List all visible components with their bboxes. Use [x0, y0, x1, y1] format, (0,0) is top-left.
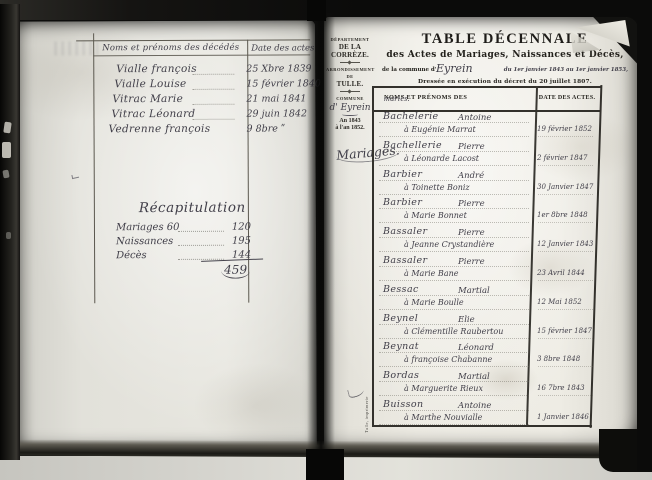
table-row: Bessac Martial à Marie Boulle 12 Mai 185… — [372, 283, 602, 311]
printer-credit: Tulle, imprimerie — [364, 369, 369, 433]
firstname: Léonard — [458, 343, 494, 353]
dotted-rule — [538, 366, 593, 367]
dotted-rule — [379, 381, 529, 382]
dotted-rule — [538, 395, 593, 396]
dotted-rule — [379, 410, 529, 411]
spouse: à Marguerite Rieux — [404, 384, 483, 393]
dotted-rule — [538, 251, 593, 252]
dotted-rule — [379, 180, 529, 181]
ink-bleed-smudge — [54, 41, 98, 55]
dotted-rule — [538, 309, 593, 310]
dotted-rule — [538, 222, 593, 223]
dotted-rule — [538, 165, 593, 166]
dotted-rule — [379, 222, 529, 223]
decennial-table: NOMS ET PRÉNOMS DES mariés. DATE DES ACT… — [372, 86, 604, 427]
dotted-rule — [379, 424, 529, 425]
dotted-rule — [538, 194, 593, 195]
firstname: André — [458, 171, 484, 181]
recap-label: Naissances — [116, 236, 173, 247]
recap-label: Mariages 60 — [116, 222, 180, 233]
table-row: Bachellerie Pierre à Léonarde Lacost 2 f… — [372, 139, 602, 167]
dotted-rule — [379, 338, 529, 339]
surname: Bessac — [383, 284, 419, 295]
decree-line: Dressée en exécution du décret du 20 jui… — [380, 79, 630, 85]
dotted-rule — [379, 122, 529, 123]
deceased-name: Vedrenne françois — [109, 123, 211, 135]
left-page: Noms et prénoms des décédés Date des act… — [14, 20, 317, 448]
recap-value: 120 — [232, 222, 251, 233]
deceased-name: Vitrac Marie — [112, 93, 183, 105]
right-page: DÉPARTEMENT DE LA CORRÈZE. ARRONDISSEMEN… — [324, 17, 638, 449]
act-date: 2 février 1847 — [537, 154, 597, 162]
firstname: Pierre — [458, 228, 485, 238]
scan-right-border — [637, 0, 652, 471]
act-date: 1 Janvier 1846 — [537, 413, 597, 421]
dotted-rule — [379, 194, 529, 195]
firstname: Antoine — [458, 113, 491, 123]
book-gutter — [307, 13, 335, 449]
firstname: Elie — [458, 315, 475, 325]
act-date: 25 Xbre 1839 — [246, 63, 311, 74]
table-row: Bordas Martial à Marguerite Rieux 16 7br… — [372, 369, 602, 397]
dotted-rule — [379, 366, 529, 367]
dotted-rule — [379, 352, 529, 353]
table-row: Bachelerie Antoine à Eugénie Marrat 19 f… — [372, 110, 602, 138]
spine-clamp-top — [307, 0, 326, 21]
page-subtitle: des Actes de Mariages, Naissances et Déc… — [380, 50, 630, 60]
commune-name-handwritten: Eyrein — [436, 62, 473, 75]
act-date: 19 février 1852 — [537, 125, 597, 133]
dotted-leader — [192, 104, 234, 105]
act-date: 12 Mai 1852 — [537, 298, 597, 306]
table-row: Bassaler Pierre à Jeanne Crystandière 12… — [372, 225, 602, 253]
dotted-rule — [379, 266, 529, 267]
cover-speck — [2, 170, 9, 179]
spouse: à Jeanne Crystandière — [404, 240, 494, 249]
cover-speck — [6, 232, 11, 239]
dotted-leader — [178, 231, 224, 232]
dotted-rule — [379, 136, 529, 137]
spine-clamp-bottom — [306, 449, 344, 480]
flourish — [342, 113, 358, 116]
book-cover-edge — [0, 4, 20, 460]
surname: Bordas — [383, 370, 419, 381]
commune-prefix: de la commune d' — [382, 67, 436, 73]
dotted-leader — [192, 119, 234, 120]
table-row: Vitrac Marie 21 mai 1841 — [14, 92, 315, 108]
table-row: Barbier Pierre à Marie Bonnet 1er 8bre 1… — [372, 196, 602, 224]
dotted-rule — [379, 395, 529, 396]
left-table-header-names: Noms et prénoms des décédés — [102, 43, 239, 54]
deceased-name: Vitrac Léonard — [111, 108, 195, 120]
table-border — [372, 86, 602, 88]
act-date: 15 février 1847 — [537, 327, 597, 335]
recap-title: Récapitulation — [139, 200, 246, 216]
table-row: Beynel Elie à Clémentille Raubertou 15 f… — [372, 312, 602, 340]
cover-speck — [2, 142, 11, 158]
firstname: Martial — [458, 286, 490, 296]
cover-speck — [3, 122, 11, 134]
firstname: Pierre — [458, 199, 485, 209]
table-rule — [93, 54, 310, 56]
act-date: 29 juin 1842 — [246, 108, 307, 119]
table-row: Barbier André à Toinette Boniz 30 Janvie… — [372, 168, 602, 196]
commune-and-range-line: de la commune d' Eyrein du 1er janvier 1… — [380, 62, 630, 77]
spouse: à Léonarde Lacost — [404, 154, 479, 163]
scanned-register-spread: Noms et prénoms des décédés Date des act… — [0, 0, 652, 480]
dotted-leader — [192, 89, 234, 90]
dotted-rule — [379, 237, 529, 238]
check-mark — [71, 174, 79, 179]
spouse: à Clémentille Raubertou — [404, 327, 503, 336]
recap-total: 459 — [221, 263, 250, 279]
act-date: 23 Avril 1844 — [537, 269, 597, 277]
surname: Beynel — [383, 313, 418, 324]
surname: Bachellerie — [383, 140, 442, 151]
spouse: à Marie Bane — [404, 269, 458, 278]
title-block: TABLE DÉCENNALE des Actes de Mariages, N… — [380, 31, 630, 85]
act-date: 16 7bre 1843 — [537, 384, 597, 392]
left-table-header-dates: Date des actes — [251, 43, 314, 53]
surname: Bachelerie — [383, 111, 439, 122]
table-row: Bassaler Pierre à Marie Bane 23 Avril 18… — [372, 254, 602, 282]
dotted-leader — [178, 245, 224, 246]
deceased-name: Vialle françois — [116, 63, 197, 75]
table-row: Vialle Louise 15 février 1840 — [14, 77, 315, 93]
table-rule — [76, 39, 310, 41]
recap-value: 195 — [232, 236, 251, 247]
act-date: 3 8bre 1848 — [537, 355, 597, 363]
dotted-rule — [379, 151, 529, 152]
surname: Buisson — [383, 399, 424, 410]
recap-line: Décès 144 — [116, 250, 251, 264]
act-date: 1er 8bre 1848 — [537, 211, 597, 219]
act-date: 12 Janvier 1843 — [537, 240, 597, 248]
deceased-name: Vialle Louise — [114, 78, 186, 90]
date-range-handwritten: du 1er janvier 1843 au 1er janvier 1853, — [504, 67, 628, 73]
recap-line: Mariages 60 120 — [116, 222, 251, 236]
table-row: Buisson Antoine à Marthe Nouvialle 1 Jan… — [372, 398, 602, 426]
table-row: Vialle françois 25 Xbre 1839 — [14, 62, 315, 78]
recap-line: Naissances 195 — [116, 236, 251, 250]
spouse: à Marthe Nouvialle — [404, 413, 482, 422]
table-row: Beynat Léonard à françoise Chabanne 3 8b… — [372, 340, 602, 368]
table-row: Vitrac Léonard 29 juin 1842 — [14, 107, 315, 123]
surname: Bassaler — [383, 255, 427, 266]
surname: Beynat — [383, 341, 419, 352]
act-date: 21 mai 1841 — [246, 93, 306, 104]
firstname: Pierre — [458, 257, 485, 267]
dotted-rule — [379, 251, 529, 252]
act-date: 30 Janvier 1847 — [537, 183, 597, 191]
surname: Bassaler — [383, 226, 427, 237]
dotted-rule — [379, 280, 529, 281]
stamp-divider — [340, 91, 360, 92]
stamp-divider — [340, 62, 360, 63]
spouse: à Eugénie Marrat — [404, 125, 476, 134]
surname: Barbier — [383, 197, 422, 208]
firstname: Martial — [458, 372, 490, 382]
dotted-rule — [379, 309, 529, 310]
ink-scribble — [347, 386, 365, 399]
spouse: à Marie Boulle — [404, 298, 464, 307]
firstname: Antoine — [458, 401, 491, 411]
firstname: Pierre — [458, 142, 485, 152]
dotted-rule — [538, 280, 593, 281]
spouse: à Toinette Boniz — [404, 183, 470, 192]
column-header-dates: DATE DES ACTES. — [536, 95, 598, 101]
column-header-names-written: mariés. — [384, 94, 410, 103]
table-row: Vedrenne françois 9 8bre ʺ — [15, 122, 316, 138]
spouse: à françoise Chabanne — [404, 355, 492, 364]
dotted-rule — [379, 324, 529, 325]
spouse: à Marie Bonnet — [404, 211, 467, 220]
dotted-rule — [538, 338, 593, 339]
dotted-rule — [538, 136, 593, 137]
dotted-rule — [379, 208, 529, 209]
recap-label: Décès — [116, 250, 147, 261]
dotted-leader — [192, 74, 234, 75]
dotted-rule — [379, 295, 529, 296]
surname: Barbier — [383, 169, 422, 180]
dotted-rule — [379, 165, 529, 166]
act-date: 9 8bre ʺ — [247, 123, 286, 134]
